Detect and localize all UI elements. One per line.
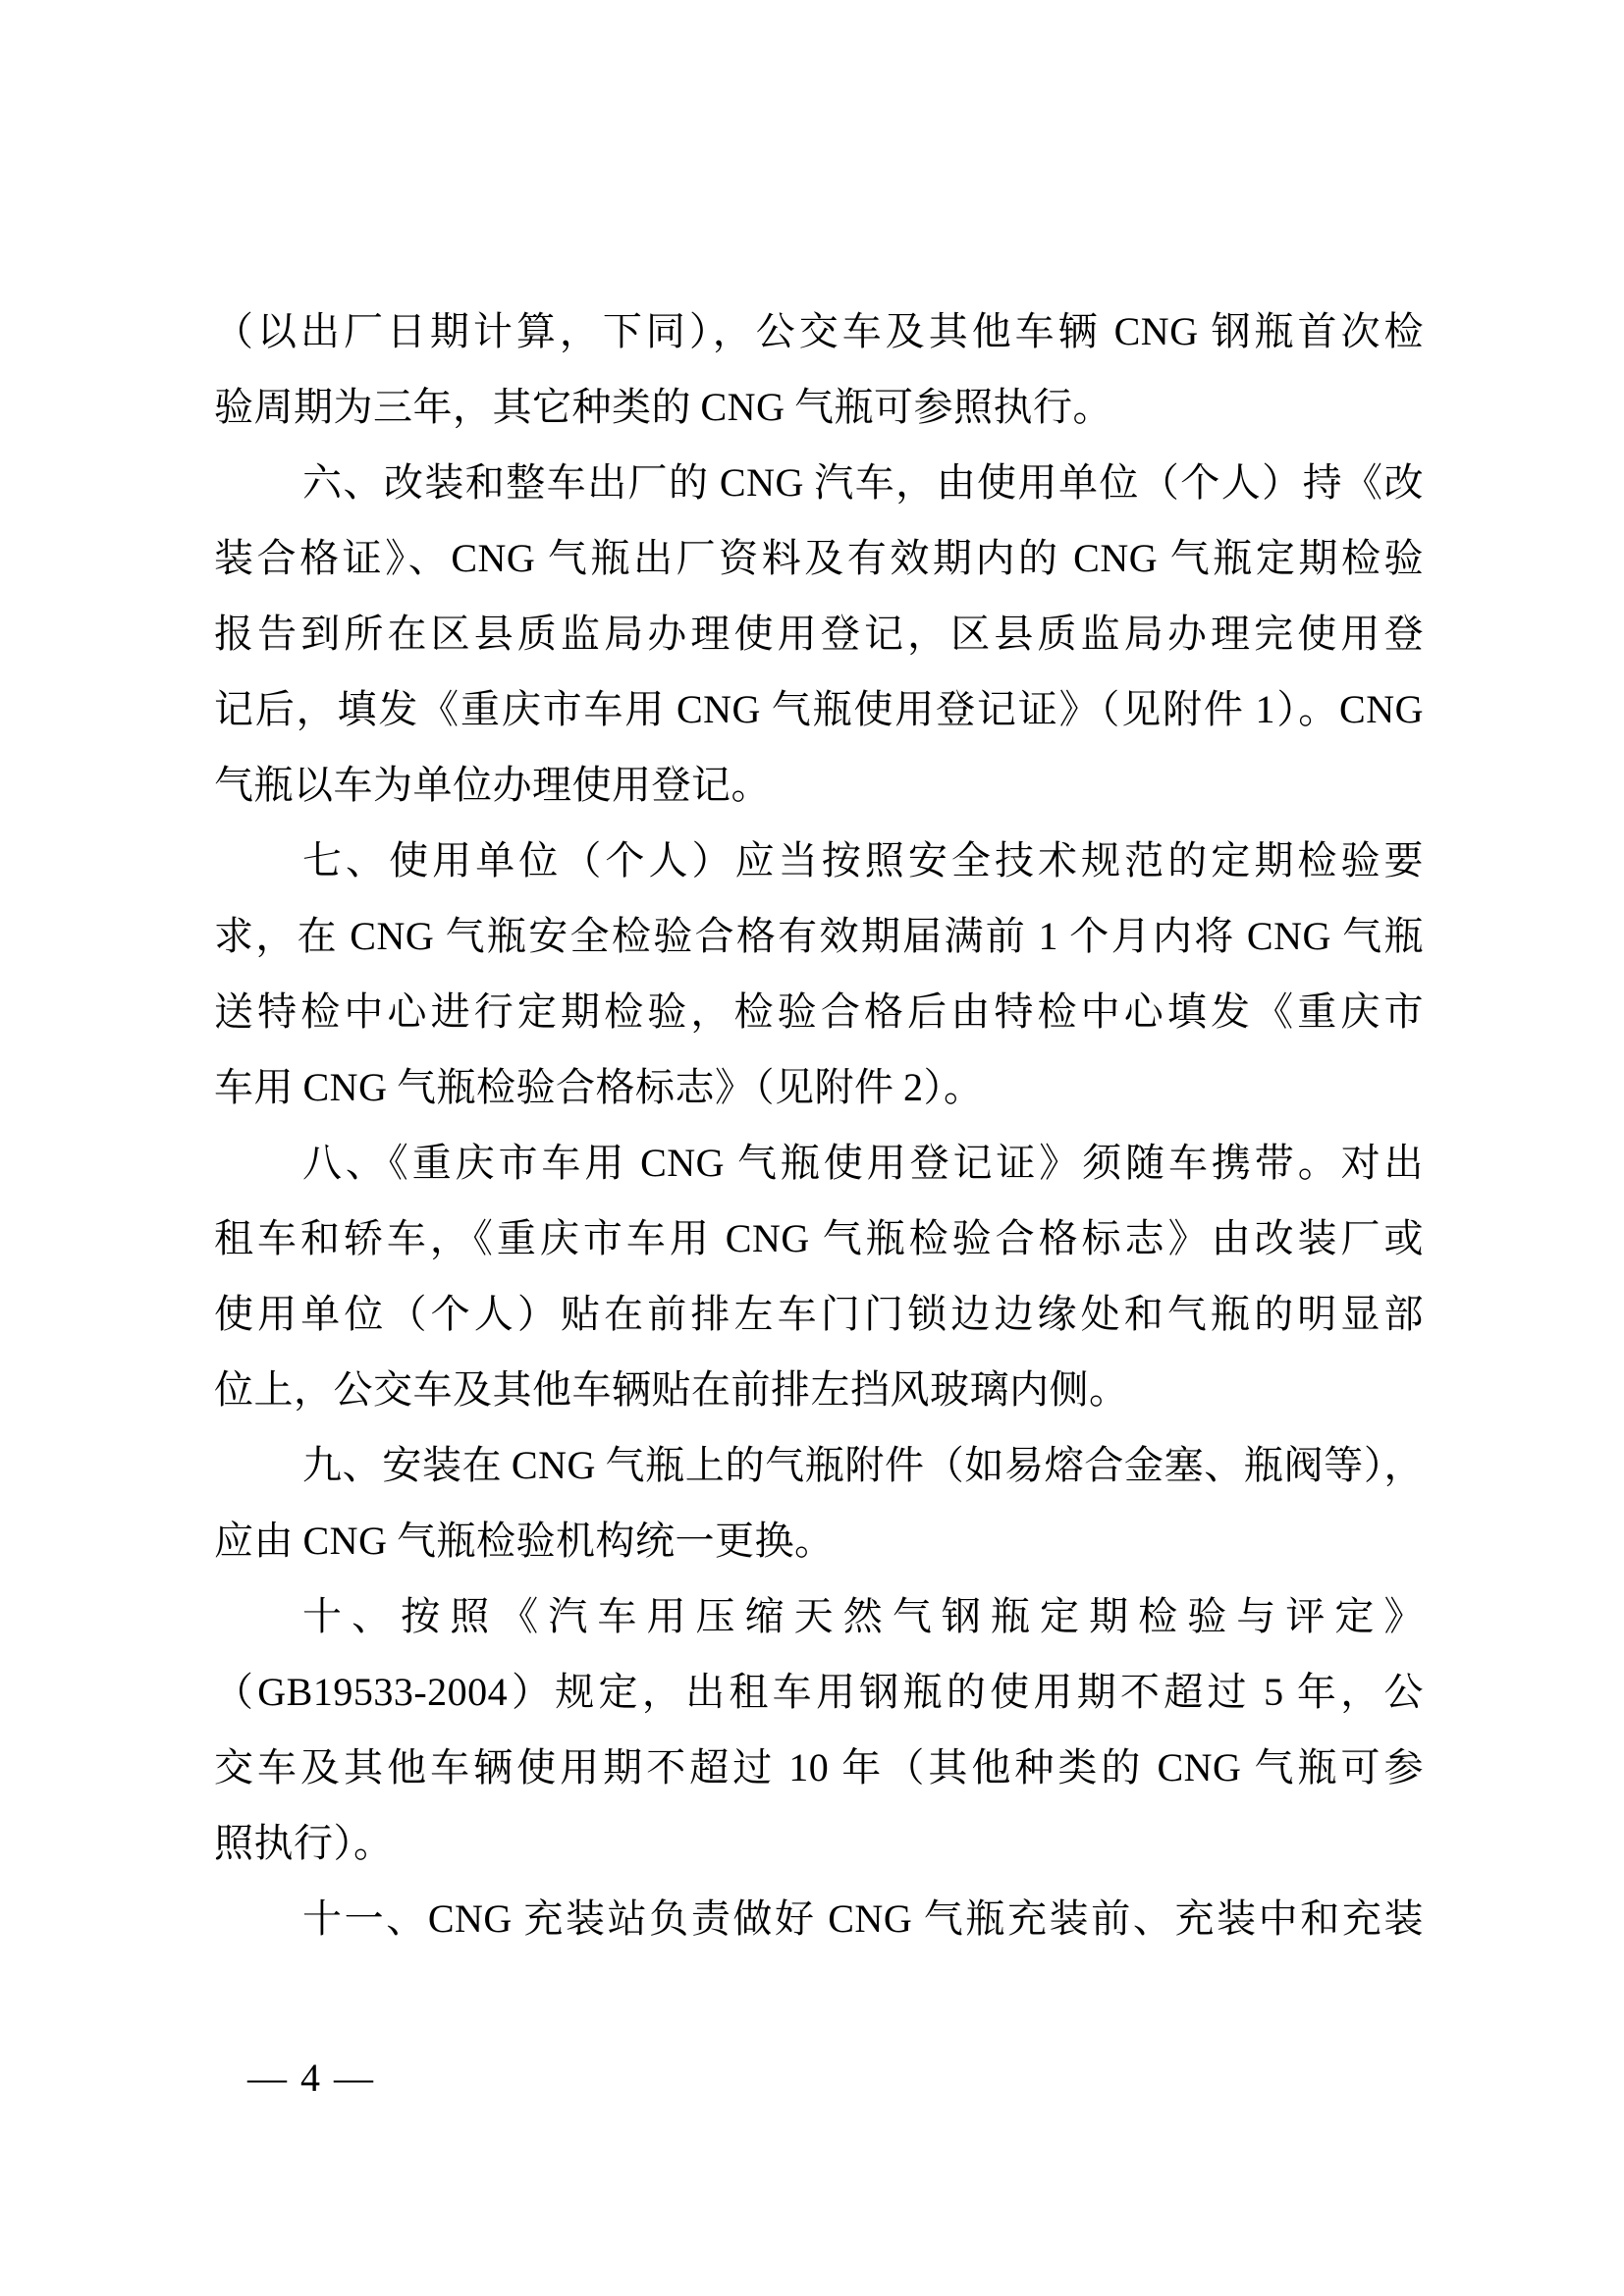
text-line: 九、安装在 CNG 气瓶上的气瓶附件（如易熔合金塞、瓶阀等）， bbox=[214, 1427, 1424, 1503]
text-line: 装合格证》、CNG 气瓶出厂资料及有效期内的 CNG 气瓶定期检验 bbox=[214, 520, 1424, 596]
text-line: 八、《重庆市车用 CNG 气瓶使用登记证》须随车携带。对出 bbox=[214, 1125, 1424, 1201]
text-line: （GB19533-2004）规定，出租车用钢瓶的使用期不超过 5 年，公 bbox=[214, 1654, 1424, 1730]
text-line: （以出厂日期计算，下同），公交车及其他车辆 CNG 钢瓶首次检 bbox=[214, 294, 1424, 369]
text-line: 位上，公交车及其他车辆贴在前排左挡风玻璃内侧。 bbox=[214, 1352, 1424, 1427]
text-line: 十一、CNG 充装站负责做好 CNG 气瓶充装前、充装中和充装 bbox=[214, 1881, 1424, 1956]
text-line: 租车和轿车，《重庆市车用 CNG 气瓶检验合格标志》由改装厂或 bbox=[214, 1201, 1424, 1276]
text-line: 交车及其他车辆使用期不超过 10 年（其他种类的 CNG 气瓶可参 bbox=[214, 1730, 1424, 1805]
page-number: — 4 — bbox=[247, 2054, 375, 2103]
text-line: 使用单位（个人）贴在前排左车门门锁边边缘处和气瓶的明显部 bbox=[214, 1276, 1424, 1352]
body-text: （以出厂日期计算，下同），公交车及其他车辆 CNG 钢瓶首次检 验周期为三年，其… bbox=[214, 294, 1424, 1956]
text-line: 十、按照《汽车用压缩天然气钢瓶定期检验与评定》 bbox=[214, 1578, 1424, 1654]
text-line: 求，在 CNG 气瓶安全检验合格有效期届满前 1 个月内将 CNG 气瓶 bbox=[214, 898, 1424, 974]
text-line: 验周期为三年，其它种类的 CNG 气瓶可参照执行。 bbox=[214, 369, 1424, 445]
text-line: 报告到所在区县质监局办理使用登记，区县质监局办理完使用登 bbox=[214, 596, 1424, 671]
text-line: 照执行）。 bbox=[214, 1805, 1424, 1881]
text-line: 送特检中心进行定期检验，检验合格后由特检中心填发《重庆市 bbox=[214, 974, 1424, 1049]
text-line: 应由 CNG 气瓶检验机构统一更换。 bbox=[214, 1503, 1424, 1578]
text-line: 车用 CNG 气瓶检验合格标志》（见附件 2）。 bbox=[214, 1049, 1424, 1125]
text-line: 六、改装和整车出厂的 CNG 汽车，由使用单位（个人）持《改 bbox=[214, 445, 1424, 520]
text-line: 气瓶以车为单位办理使用登记。 bbox=[214, 747, 1424, 823]
document-page: （以出厂日期计算，下同），公交车及其他车辆 CNG 钢瓶首次检 验周期为三年，其… bbox=[0, 0, 1624, 2296]
text-line: 记后，填发《重庆市车用 CNG 气瓶使用登记证》（见附件 1）。CNG bbox=[214, 671, 1424, 747]
text-line: 七、使用单位（个人）应当按照安全技术规范的定期检验要 bbox=[214, 823, 1424, 898]
